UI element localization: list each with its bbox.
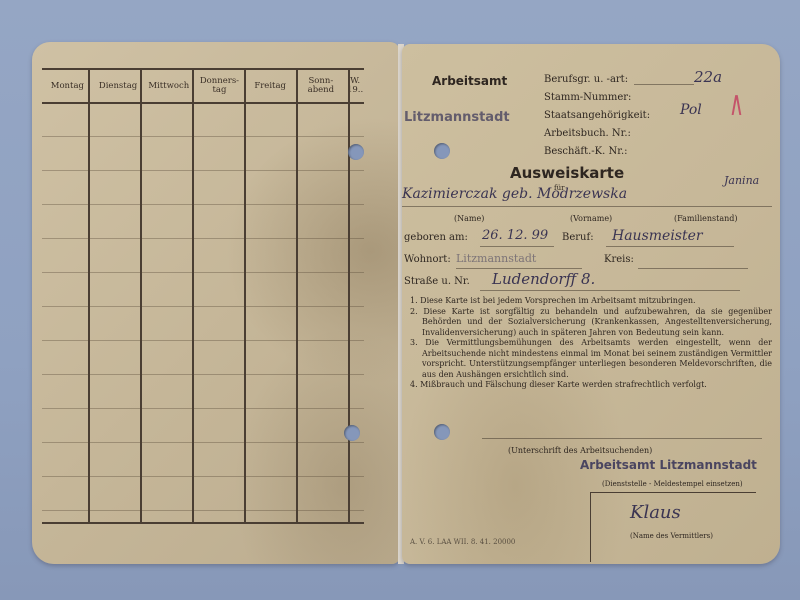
- berufsgruppe-label: Berufsgr. u. -art:: [544, 74, 628, 85]
- arbeitsbuch-label: Arbeitsbuch. Nr.:: [544, 128, 631, 139]
- grid-row-line: [42, 306, 364, 307]
- field-line: [638, 268, 748, 269]
- red-mark: ∧: [729, 84, 744, 124]
- punch-hole: [344, 425, 360, 441]
- stamp-caption: (Dienststelle - Meldestempel einsetzen): [602, 480, 743, 488]
- rule-item: 3. Die Vermittlungsbemühungen des Arbeit…: [422, 338, 772, 380]
- stamp-text: Arbeitsamt Litzmannstadt: [580, 458, 757, 472]
- berufsgruppe-value: 22a: [694, 68, 722, 86]
- familienstand-caption: (Familienstand): [674, 214, 738, 223]
- field-line: [606, 246, 734, 247]
- signature-caption: (Unterschrift des Arbeitsuchenden): [508, 446, 652, 455]
- header-montag: Montag: [42, 70, 93, 102]
- ausweiskarte-page: Arbeitsamt Litzmannstadt Berufsgr. u. -a…: [402, 44, 780, 564]
- field-line: [480, 290, 740, 291]
- rule-item: 4. Mißbrauch und Fälschung dieser Karte …: [422, 380, 772, 391]
- header-donnerstag: Donners-tag: [194, 70, 245, 102]
- grid-line: [88, 70, 90, 522]
- staatsangehoerigkeit-label: Staatsangehörigkeit:: [544, 110, 650, 121]
- grid-row-line: [42, 170, 364, 171]
- grid-line: [244, 70, 246, 522]
- stamm-nummer-label: Stamm-Nummer:: [544, 92, 631, 103]
- stamp-box-left: [590, 492, 591, 562]
- office-label: Arbeitsamt: [432, 74, 507, 88]
- signature-line: [482, 438, 762, 439]
- strasse-label: Straße u. Nr.: [404, 276, 470, 287]
- header-freitag: Freitag: [245, 70, 296, 102]
- wohnort-value: Litzmannstadt: [456, 252, 536, 265]
- beruf-value: Hausmeister: [612, 228, 703, 244]
- vermittler-caption: (Name des Vermittlers): [630, 532, 713, 540]
- stamp-box-top: [590, 492, 756, 493]
- print-code: A. V. 6. LAA WII. 8. 41. 20000: [410, 538, 515, 546]
- name-caption: (Name): [454, 214, 484, 223]
- vorname-caption: (Vorname): [570, 214, 612, 223]
- grid-row-line: [42, 408, 364, 409]
- field-line: [402, 206, 772, 207]
- geboren-value: 26. 12. 99: [482, 228, 548, 243]
- kreis-label: Kreis:: [604, 254, 634, 265]
- rules-list: 1. Diese Karte ist bei jedem Vorsprechen…: [410, 296, 772, 391]
- header-dienstag: Dienstag: [93, 70, 144, 102]
- grid-row-line: [42, 238, 364, 239]
- field-line: [480, 246, 554, 247]
- calendar-page: Montag Dienstag Mittwoch Donners-tag Fre…: [32, 42, 400, 564]
- punch-hole: [434, 424, 450, 440]
- card-title: Ausweiskarte: [510, 164, 624, 182]
- field-line: [456, 268, 582, 269]
- beruf-label: Beruf:: [562, 232, 594, 243]
- grid-row-line: [42, 136, 364, 137]
- status-value: Janina: [724, 174, 759, 187]
- grid-row-line: [42, 510, 364, 511]
- grid-line: [348, 70, 350, 522]
- grid-row-line: [42, 374, 364, 375]
- header-sonnabend: Sonn-abend: [296, 70, 347, 102]
- field-line: [634, 84, 694, 85]
- wohnort-label: Wohnort:: [404, 254, 451, 265]
- office-stamp: Litzmannstadt: [404, 110, 510, 125]
- grid-line: [192, 70, 194, 522]
- header-mittwoch: Mittwoch: [143, 70, 194, 102]
- beschaeft-label: Beschäft.-K. Nr.:: [544, 146, 628, 157]
- grid-line: [140, 70, 142, 522]
- grid-line: [296, 70, 298, 522]
- calendar-header-row: Montag Dienstag Mittwoch Donners-tag Fre…: [42, 70, 364, 104]
- rule-item: 2. Diese Karte ist sorgfältig zu behande…: [422, 307, 772, 339]
- punch-hole: [348, 144, 364, 160]
- grid-row-line: [42, 204, 364, 205]
- grid-row-line: [42, 272, 364, 273]
- strasse-value: Ludendorff 8.: [492, 270, 595, 288]
- grid-row-line: [42, 340, 364, 341]
- geboren-label: geboren am:: [404, 232, 468, 243]
- name-value: Kazimierczak geb. Modrzewska: [402, 186, 627, 202]
- grid-row-line: [42, 476, 364, 477]
- punch-hole: [434, 143, 450, 159]
- calendar-grid: Montag Dienstag Mittwoch Donners-tag Fre…: [42, 68, 364, 524]
- staatsangehoerigkeit-value: Pol: [680, 102, 702, 118]
- rule-item: 1. Diese Karte ist bei jedem Vorsprechen…: [422, 296, 772, 307]
- grid-row-line: [42, 442, 364, 443]
- vermittler-signature: Klaus: [630, 502, 681, 523]
